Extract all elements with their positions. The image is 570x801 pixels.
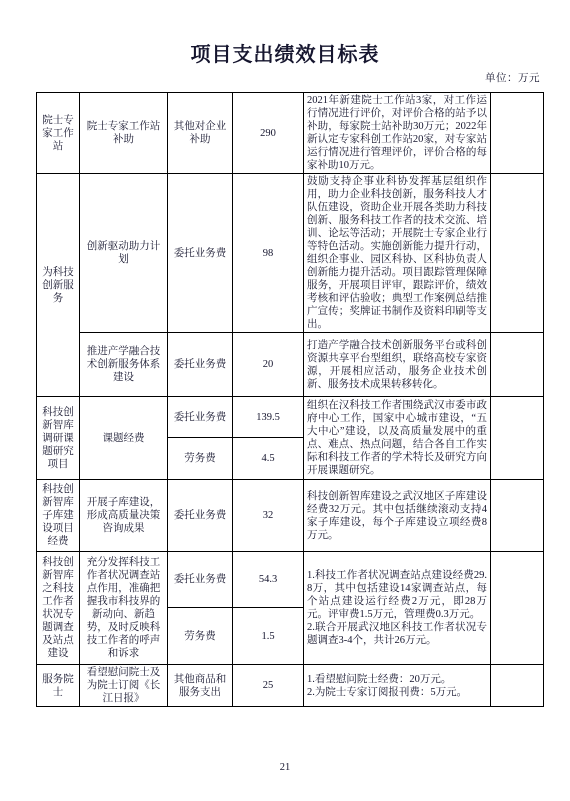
amount-cell: 25 [233,665,304,707]
table-row: 推进产学融合技术创新服务体系建设 委托业务费 20 打造产学融合技术创新服务平台… [37,333,544,397]
note-cell [491,552,544,665]
project-cell: 科技创新智库子库建设项目经费 [37,480,80,552]
subproject-cell: 充分发挥科技工作者状况调查站点作用，准确把握我市科技界的新动向、新趋势，及时反映… [80,552,168,665]
subproject-cell: 开展子库建设，形成高质量决策咨询成果 [80,480,168,552]
table-row: 科技创新智库子库建设项目经费 开展子库建设，形成高质量决策咨询成果 委托业务费 … [37,480,544,552]
description-cell: 1.科技工作者状况调查站点建设经费29.8万，其中包括建设14家调查站点，每个站… [304,552,491,665]
project-cell: 科技创新智库之科技工作者状况专题调查及站点建设 [37,552,80,665]
project-cell: 服务院士 [37,665,80,707]
amount-cell: 139.5 [233,397,304,438]
subproject-cell: 创新驱动助力计划 [80,174,168,333]
amount-cell: 1.5 [233,608,304,665]
amount-cell: 32 [233,480,304,552]
table-row: 科技创新智库之科技工作者状况专题调查及站点建设 充分发挥科技工作者状况调查站点作… [37,552,544,608]
note-cell [491,665,544,707]
description-cell: 科技创新智库建设之武汉地区子库建设经费32万元。其中包括继续滚动支持4家子库建设… [304,480,491,552]
description-cell: 打造产学融合技术创新服务平台或科创资源共享平台型组织，联络高校专家资源，开展相应… [304,333,491,397]
amount-cell: 98 [233,174,304,333]
expense-type-cell: 委托业务费 [168,174,233,333]
project-cell: 为科技创新服务 [37,174,80,397]
table-row: 服务院士 看望慰问院士及为院士订阅《长江日报》 其他商品和服务支出 25 1.看… [37,665,544,707]
performance-target-table: 院士专家工作站 院士专家工作站补助 其他对企业补助 290 2021年新建院士工… [36,92,544,707]
expense-type-cell: 劳务费 [168,438,233,480]
expense-type-cell: 委托业务费 [168,552,233,608]
amount-cell: 20 [233,333,304,397]
note-cell [491,397,544,480]
expense-type-cell: 其他商品和服务支出 [168,665,233,707]
subproject-cell: 看望慰问院士及为院士订阅《长江日报》 [80,665,168,707]
project-cell: 科技创新智库调研课题研究项目 [37,397,80,480]
expense-type-cell: 委托业务费 [168,333,233,397]
table-row: 为科技创新服务 创新驱动助力计划 委托业务费 98 鼓励支持企事业科协发挥基层组… [37,174,544,333]
table-row: 科技创新智库调研课题研究项目 课题经费 委托业务费 139.5 组织在汉科技工作… [37,397,544,438]
amount-cell: 290 [233,93,304,174]
note-cell [491,480,544,552]
project-cell: 院士专家工作站 [37,93,80,174]
subproject-cell: 推进产学融合技术创新服务体系建设 [80,333,168,397]
amount-cell: 4.5 [233,438,304,480]
description-cell: 2021年新建院士工作站3家，对工作运行情况进行评价，对评价合格的站予以补助，每… [304,93,491,174]
expense-type-cell: 委托业务费 [168,480,233,552]
note-cell [491,93,544,174]
description-cell: 鼓励支持企事业科协发挥基层组织作用，助力企业科技创新，服务科技人才队伍建设，资助… [304,174,491,333]
description-cell: 1.看望慰问院士经费：20万元。 2.为院士专家订阅报刊费：5万元。 [304,665,491,707]
page-number: 21 [0,762,570,773]
subproject-cell: 课题经费 [80,397,168,480]
expense-type-cell: 劳务费 [168,608,233,665]
expense-type-cell: 委托业务费 [168,397,233,438]
note-cell [491,333,544,397]
note-cell [491,174,544,333]
subproject-cell: 院士专家工作站补助 [80,93,168,174]
page-title: 项目支出绩效目标表 [0,38,570,67]
amount-cell: 54.3 [233,552,304,608]
expense-type-cell: 其他对企业补助 [168,93,233,174]
description-cell: 组织在汉科技工作者围绕武汉市委市政府中心工作，国家中心城市建设，“五大中心”建设… [304,397,491,480]
unit-label: 单位：万元 [485,70,540,85]
table-row: 院士专家工作站 院士专家工作站补助 其他对企业补助 290 2021年新建院士工… [37,93,544,174]
